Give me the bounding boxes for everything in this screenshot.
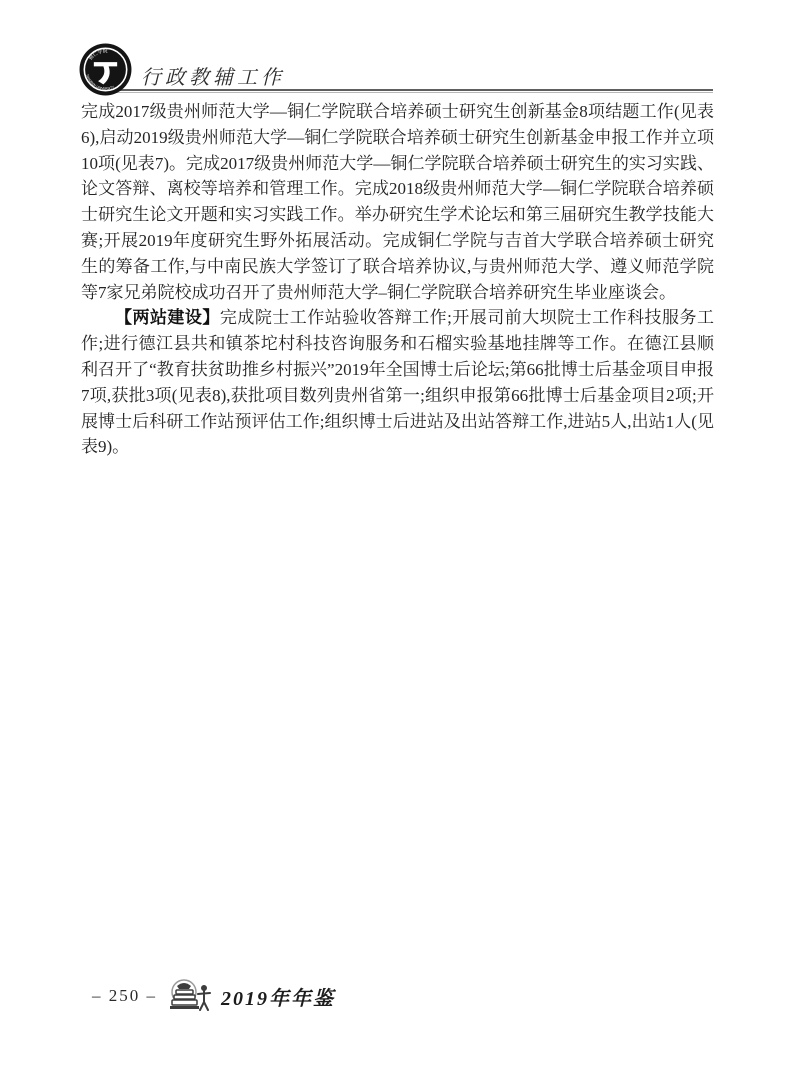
paragraph-two-stations: 【两站建设】完成院士工作站验收答辩工作;开展司前大坝院士工作科技服务工作;进行德… bbox=[81, 305, 714, 460]
page-footer: – 250 – 2019年年鉴 bbox=[92, 978, 335, 1014]
paragraph-graduate-training: 完成2017级贵州师范大学—铜仁学院联合培养硕士研究生创新基金8项结题工作(见表… bbox=[81, 99, 714, 305]
header-divider-shadow bbox=[100, 92, 713, 93]
paragraph-label: 【两站建设】 bbox=[115, 308, 220, 327]
paragraph-text: 完成院士工作站验收答辩工作;开展司前大坝院士工作科技服务工作;进行德江县共和镇茶… bbox=[81, 308, 714, 456]
page-number: – 250 – bbox=[92, 986, 157, 1006]
yearbook-title: 2019年年鉴 bbox=[221, 982, 335, 1011]
yearbook-page: 铜仁学院 TONGREN UNIVERSITY 行政教辅工作 完成2017级贵州… bbox=[0, 0, 793, 1077]
university-seal-icon: 铜仁学院 TONGREN UNIVERSITY bbox=[79, 43, 132, 96]
section-title: 行政教辅工作 bbox=[141, 61, 285, 90]
yearbook-pagoda-logo-icon bbox=[167, 976, 211, 1016]
page-body: 完成2017级贵州师范大学—铜仁学院联合培养硕士研究生创新基金8项结题工作(见表… bbox=[81, 99, 714, 460]
